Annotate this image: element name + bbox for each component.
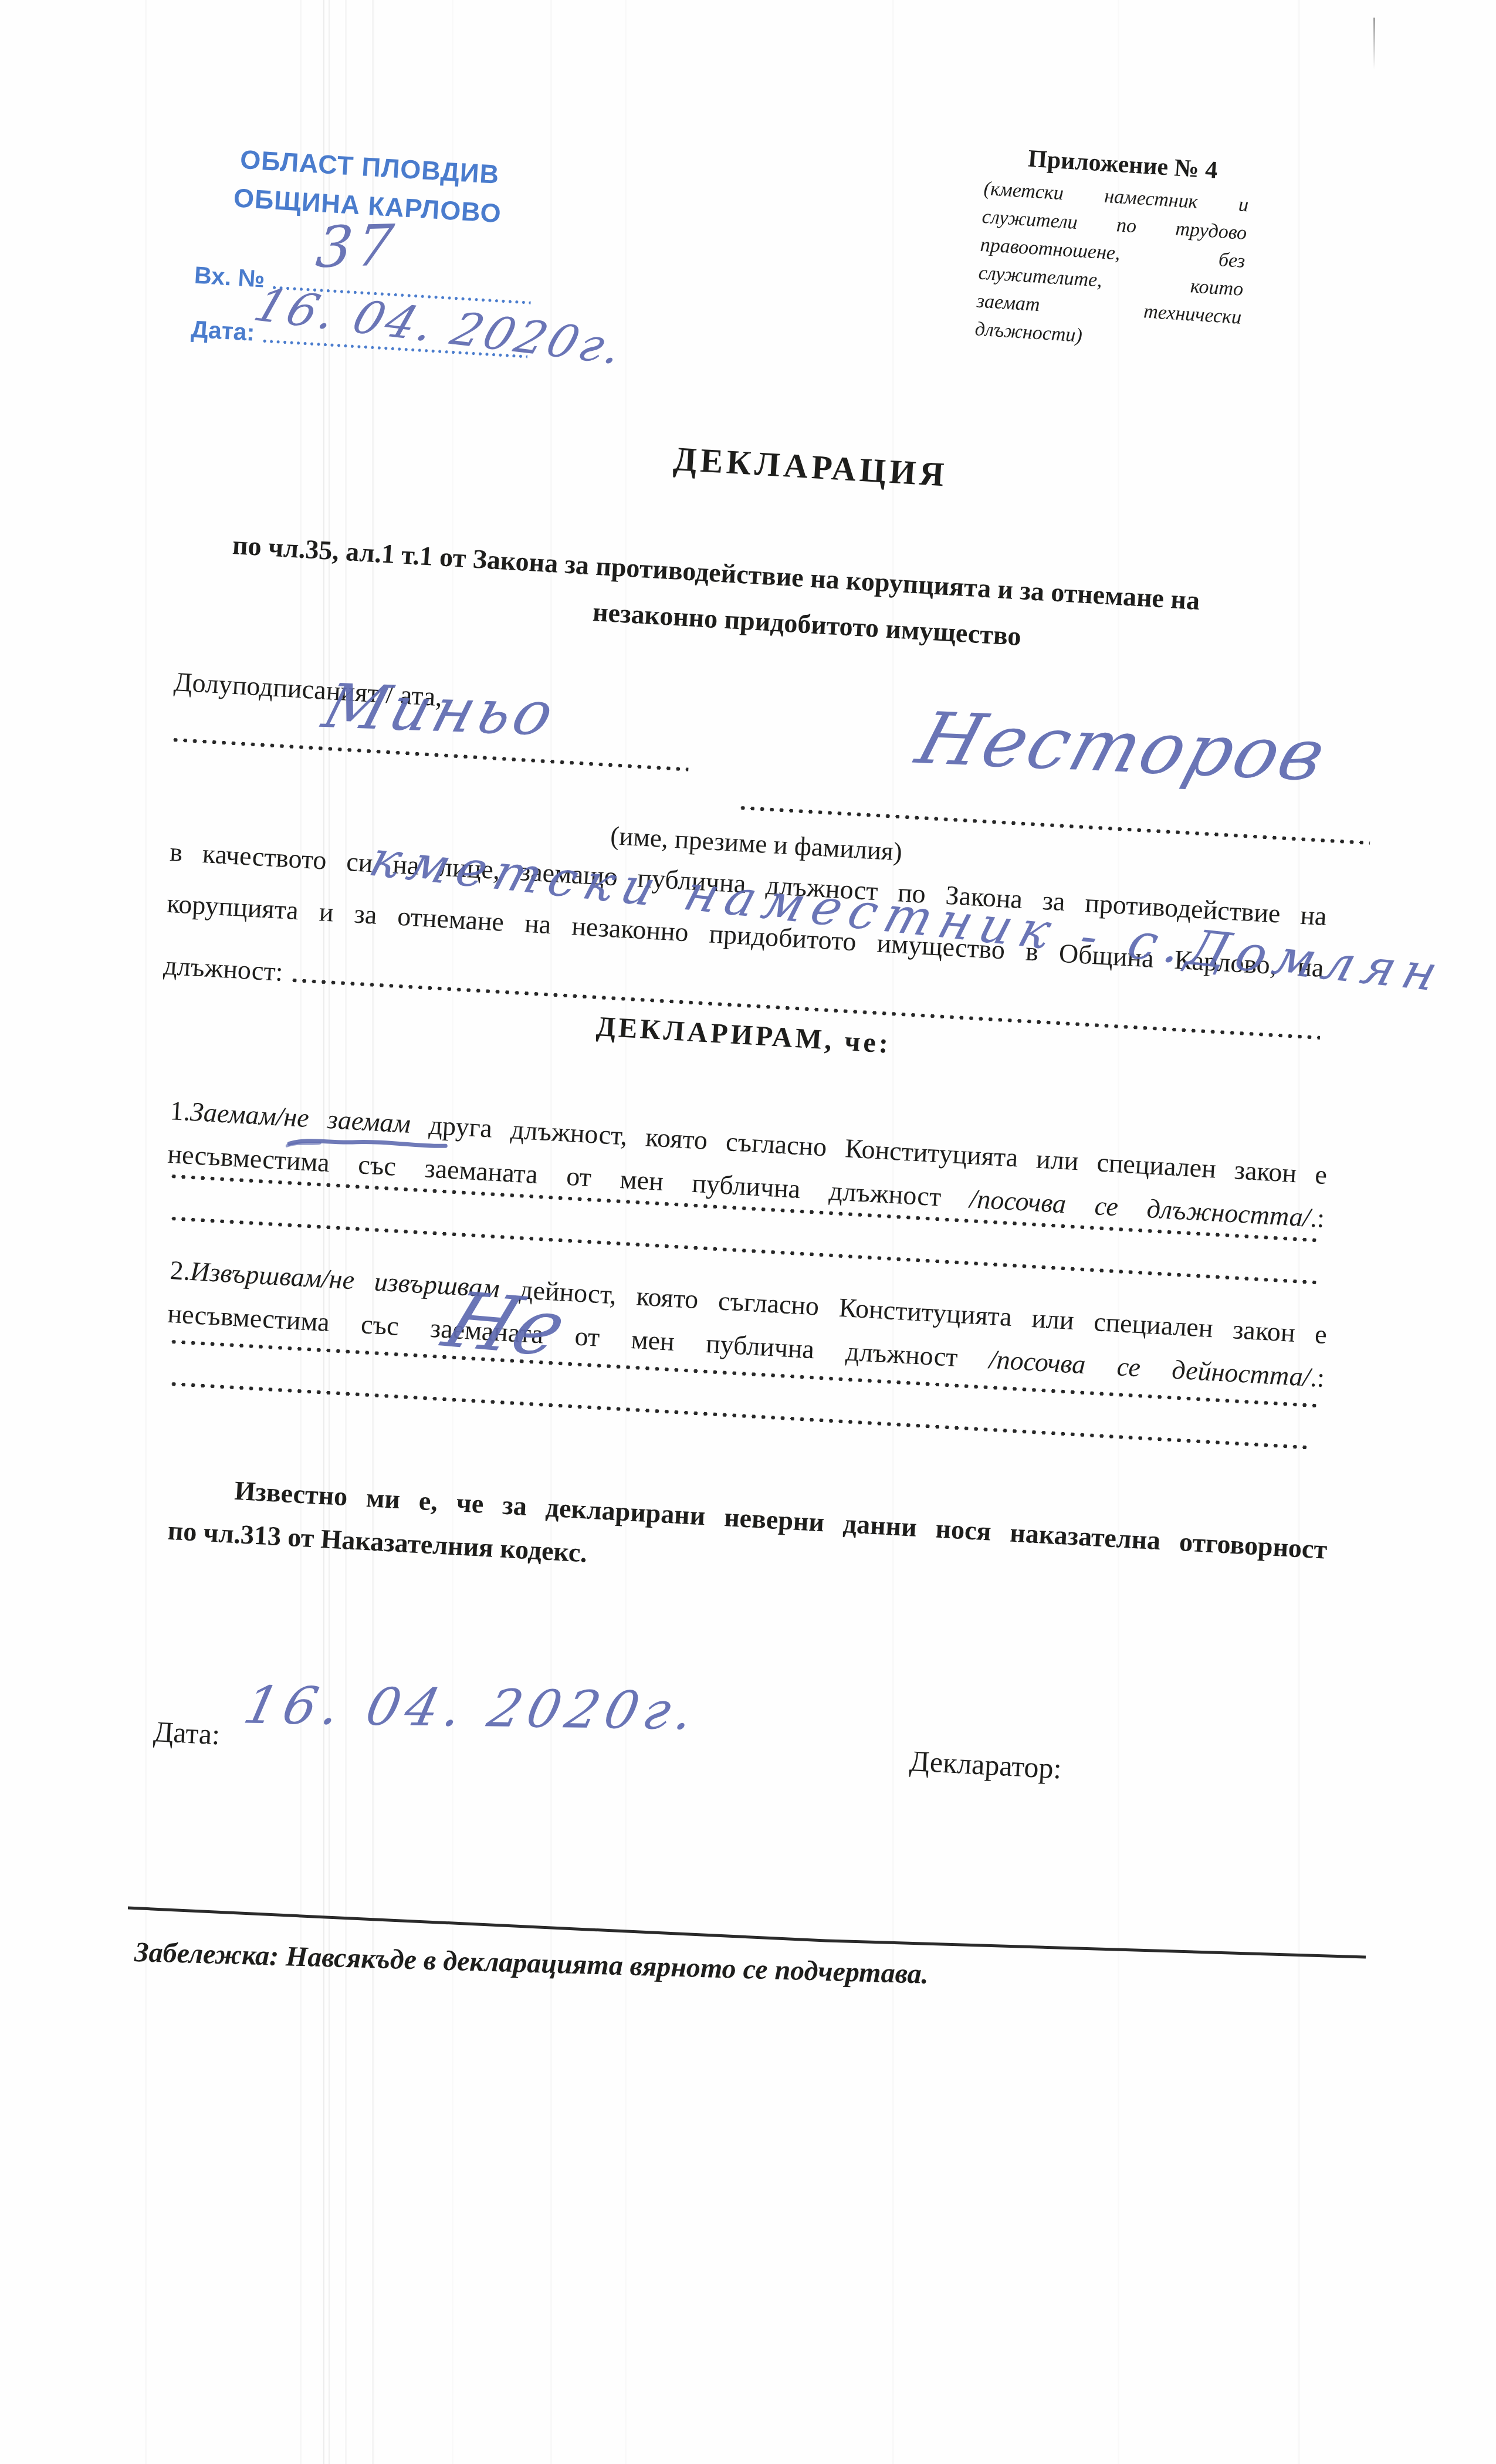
scan-edge-artifact [1373,18,1375,69]
item-2-answer-dotline-2 [171,1381,1308,1450]
document-title: ДЕКЛАРАЦИЯ [672,439,949,495]
liability-paragraph: Известно ми е, че за декларирани неверни… [167,1465,1328,1615]
scan-streak [892,0,894,2464]
scan-streak [625,0,627,2464]
item-2-number: 2. [170,1255,191,1286]
declarant-label: Декларатор: [909,1744,1062,1785]
scan-streak [145,0,147,2464]
position-label: длъжност: [163,950,293,988]
annex-block: Приложение № 4 (кметски наместник и служ… [974,142,1251,360]
item-1-paragraph: 1.Заемам/не заемам друга длъжност, която… [167,1089,1328,1240]
annex-note: (кметски наместник и служители по трудов… [974,175,1249,360]
footer-date-handwritten: 16. 04. 2020г. [239,1680,704,1738]
footer-date-label: Дата: [153,1714,221,1751]
scanned-declaration-page: ОБЛАСТ ПЛОВДИВ ОБЩИНА КАРЛОВО Вх. № Дата… [0,0,1496,2464]
subtitle-line-2: незаконно придобитото имущество [592,596,1022,652]
item-2-line-2-tail: .: [1309,1362,1325,1393]
first-name-handwritten: Миньо [317,676,564,744]
item-1-number: 1. [170,1095,191,1126]
stamp-entry-number-handwritten: 37 [313,217,401,276]
item-1-line-2-tail: .: [1309,1203,1325,1233]
scan-streak [550,0,552,2464]
item-1-options: Заемам/не заемам [189,1096,411,1139]
family-name-handwritten: Несторов [909,703,1335,791]
registry-stamp: ОБЛАСТ ПЛОВДИВ ОБЩИНА КАРЛОВО Вх. № Дата… [187,140,539,411]
